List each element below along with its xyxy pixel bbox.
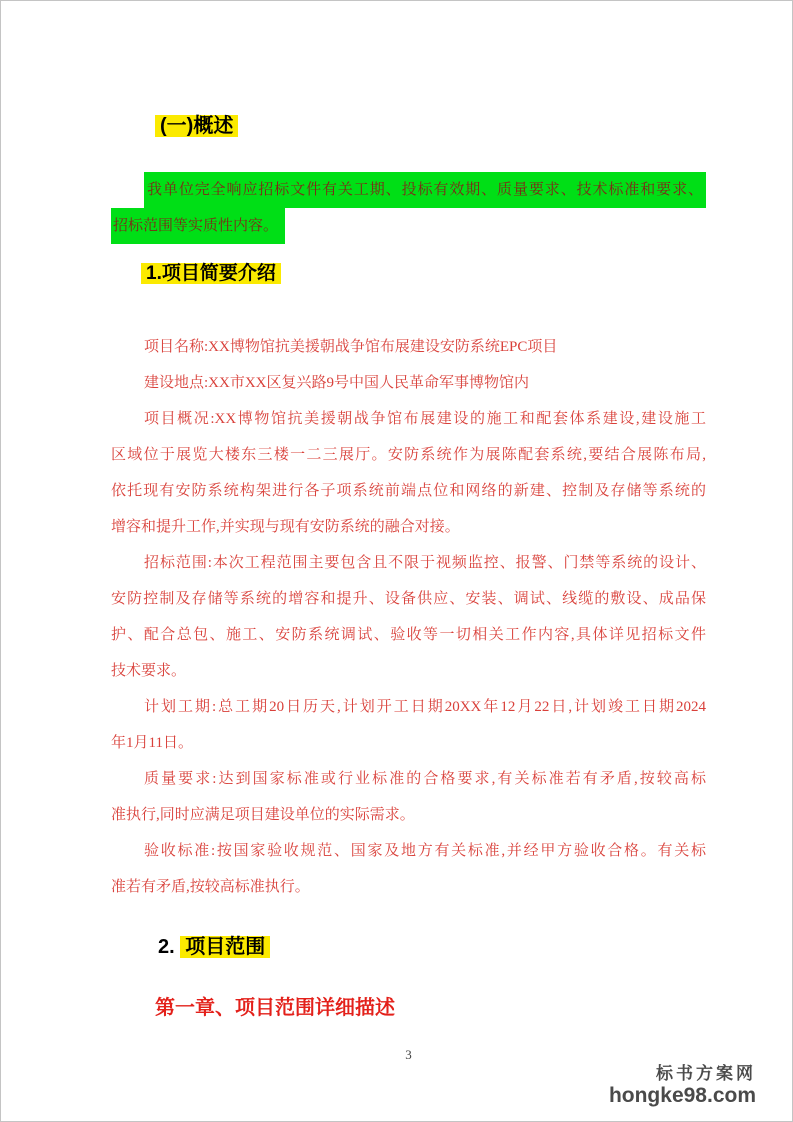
response-line-1: 我单位完全响应招标文件有关工期、投标有效期、质量要求、技术标准和要求、 xyxy=(144,172,706,208)
paragraph-line: 护、配合总包、施工、安防系统调试、验收等一切相关工作内容,具体详见招标文件 xyxy=(111,617,706,653)
paragraph-line: 区域位于展览大楼东三楼一二三展厅。安防系统作为展陈配套系统,要结合展陈布局, xyxy=(111,437,706,473)
overview-heading-highlight: (一)概述 xyxy=(155,115,238,137)
paragraph-line: 招标范围:本次工程范围主要包含且不限于视频监控、报警、门禁等系统的设计、 xyxy=(111,545,706,581)
section1-heading: 1.项目简要介绍 xyxy=(141,260,706,288)
response-line-2-highlight: 招标范围等实质性内容。 xyxy=(111,208,285,244)
paragraph-line: 项目名称:XX博物馆抗美援朝战争馆布展建设安防系统EPC项目 xyxy=(111,329,706,365)
document-page: (一)概述 我单位完全响应招标文件有关工期、投标有效期、质量要求、技术标准和要求… xyxy=(0,0,793,1122)
overview-heading: (一)概述 xyxy=(155,112,706,141)
section1-body: 项目名称:XX博物馆抗美援朝战争馆布展建设安防系统EPC项目 建设地点:XX市X… xyxy=(111,329,706,905)
watermark-site-url: hongke98.com xyxy=(609,1084,756,1107)
paragraph-line: 准执行,同时应满足项目建设单位的实际需求。 xyxy=(111,797,706,833)
chapter-heading: 第一章、项目范围详细描述 xyxy=(155,993,706,1023)
watermark-site-name: 标书方案网 xyxy=(609,1064,756,1084)
page-number: 3 xyxy=(111,1047,706,1063)
paragraph-line: 安防控制及存储等系统的增容和提升、设备供应、安装、调试、线缆的敷设、成品保 xyxy=(111,581,706,617)
watermark: 标书方案网 hongke98.com xyxy=(609,1064,756,1107)
section1-heading-highlight: 1.项目简要介绍 xyxy=(141,263,281,284)
paragraph-line: 计划工期:总工期20日历天,计划开工日期20XX年12月22日,计划竣工日期20… xyxy=(111,689,706,725)
paragraph-line: 准若有矛盾,按较高标准执行。 xyxy=(111,869,706,905)
paragraph-line: 质量要求:达到国家标准或行业标准的合格要求,有关标准若有矛盾,按较高标 xyxy=(111,761,706,797)
section2-heading-number: 2. xyxy=(158,936,175,958)
section2-heading: 2. 项目范围 xyxy=(158,932,706,962)
paragraph-line: 依托现有安防系统构架进行各子项系统前端点位和网络的新建、控制及存储等系统的 xyxy=(111,473,706,509)
paragraph-line: 增容和提升工作,并实现与现有安防系统的融合对接。 xyxy=(111,509,706,545)
response-line-2: 招标范围等实质性内容。 xyxy=(111,208,706,244)
paragraph-line: 技术要求。 xyxy=(111,653,706,689)
paragraph-line: 年1月11日。 xyxy=(111,725,706,761)
response-statement: 我单位完全响应招标文件有关工期、投标有效期、质量要求、技术标准和要求、 招标范围… xyxy=(111,172,706,244)
paragraph-line: 项目概况:XX博物馆抗美援朝战争馆布展建设的施工和配套体系建设,建设施工 xyxy=(111,401,706,437)
paragraph-line: 建设地点:XX市XX区复兴路9号中国人民革命军事博物馆内 xyxy=(111,365,706,401)
section2-heading-highlight: 项目范围 xyxy=(180,936,270,958)
paragraph-line: 验收标准:按国家验收规范、国家及地方有关标准,并经甲方验收合格。有关标 xyxy=(111,833,706,869)
